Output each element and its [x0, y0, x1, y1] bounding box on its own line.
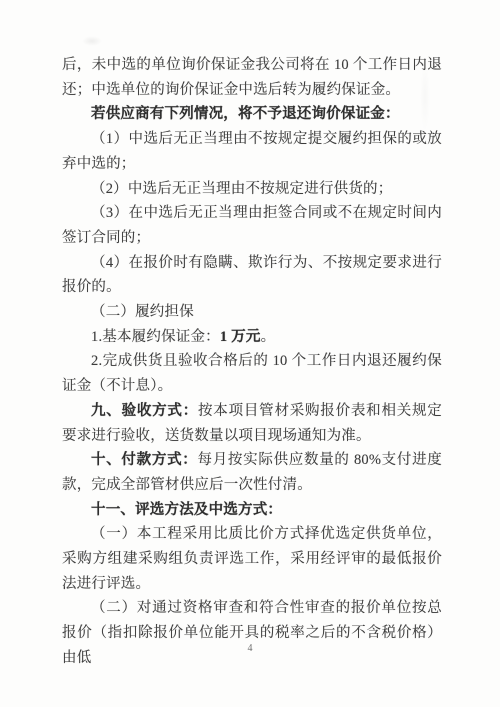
body-text: 。: [261, 329, 276, 345]
document-body: 后，未中选的单位询价保证金我公司将在 10 个工作日内退还；中选单位的询价保证金…: [62, 53, 442, 671]
body-text: （3）在中选后无正当理由拒签合同或不在规定时间内签订合同的；: [62, 205, 442, 246]
emphasis-text: 若供应商有下列情况，将不予退还询价保证金：: [91, 106, 400, 122]
body-text: （2）中选后无正当理由不按规定进行供货的；: [91, 181, 392, 197]
body-text: （1）中选后无正当理由不按规定提交履约担保的或放弃中选的；: [62, 131, 442, 172]
paragraph: 若供应商有下列情况，将不予退还询价保证金：: [62, 102, 442, 127]
emphasis-text: 十一、评选方法及中选方式：: [91, 502, 282, 518]
body-text: （4）在报价时有隐瞒、欺诈行为、不按规定要求进行报价的。: [62, 255, 442, 296]
paragraph: 十、付款方式：每月按实际供应数量的 80%支付进度款，完成全部管材供应后一次性付…: [62, 448, 442, 497]
body-text: （二）对通过资格审查和符合性审查的报价单位按总报价（指扣除报价单位能开具的税率之…: [62, 600, 442, 665]
emphasis-text: 九、验收方式：: [91, 403, 198, 419]
paragraph: （1）中选后无正当理由不按规定提交履约担保的或放弃中选的；: [62, 127, 442, 176]
body-text: 后，未中选的单位询价保证金我公司将在 10 个工作日内退还；中选单位的询价保证金…: [62, 57, 442, 98]
paragraph: 十一、评选方法及中选方式：: [62, 498, 442, 523]
paragraph: 九、验收方式：按本项目管材采购报价表和相关规定要求进行验收，送货数量以项目现场通…: [62, 399, 442, 448]
paragraph: （4）在报价时有隐瞒、欺诈行为、不按规定要求进行报价的。: [62, 251, 442, 300]
emphasis-text: 十、付款方式：: [91, 452, 198, 468]
emphasis-text: 1 万元: [220, 329, 261, 345]
scan-artifact: [82, 36, 102, 46]
paragraph: （二）对通过资格审查和符合性审查的报价单位按总报价（指扣除报价单位能开具的税率之…: [62, 596, 442, 670]
paragraph: 2.完成供货且验收合格后的 10 个工作日内退还履约保证金（不计息）。: [62, 349, 442, 398]
body-text: （一）本工程采用比质比价方式择优选定供货单位，采购方组建采购组负责评选工作，采用…: [62, 526, 442, 591]
page-number: 4: [248, 643, 253, 654]
paragraph: （3）在中选后无正当理由拒签合同或不在规定时间内签订合同的；: [62, 201, 442, 250]
page-footer: 4: [0, 643, 500, 654]
body-text: （二）履约担保: [91, 304, 194, 320]
paragraph: （2）中选后无正当理由不按规定进行供货的；: [62, 177, 442, 202]
paragraph: （二）履约担保: [62, 300, 442, 325]
paragraph: 后，未中选的单位询价保证金我公司将在 10 个工作日内退还；中选单位的询价保证金…: [62, 53, 442, 102]
body-text: 2.完成供货且验收合格后的 10 个工作日内退还履约保证金（不计息）。: [62, 353, 442, 394]
paragraph: 1.基本履约保证金：1 万元。: [62, 325, 442, 350]
body-text: 1.基本履约保证金：: [91, 329, 220, 345]
paragraph: （一）本工程采用比质比价方式择优选定供货单位，采购方组建采购组负责评选工作，采用…: [62, 522, 442, 596]
document-page: 后，未中选的单位询价保证金我公司将在 10 个工作日内退还；中选单位的询价保证金…: [0, 0, 500, 707]
